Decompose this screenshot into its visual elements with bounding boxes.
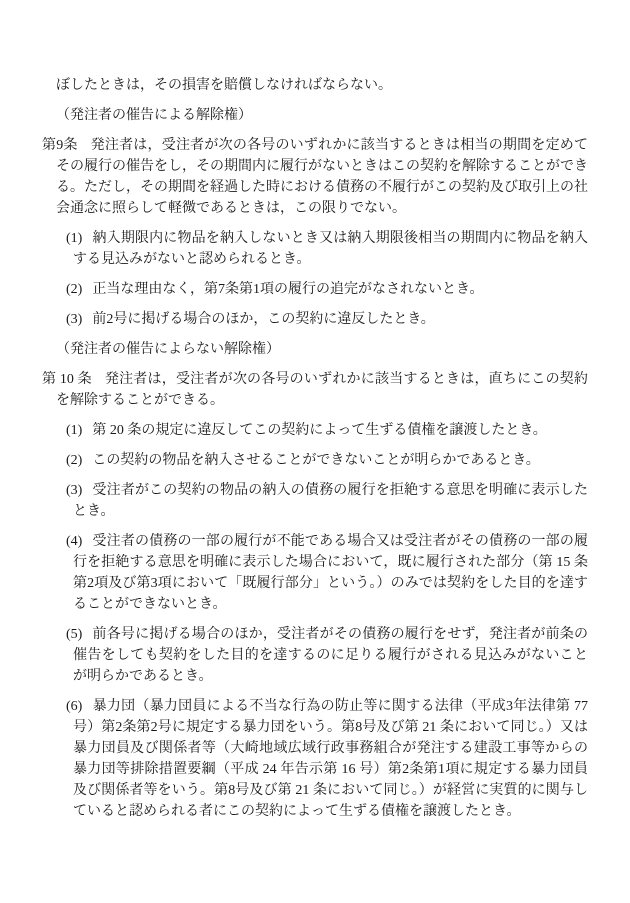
article-9-item-3-text: 前2号に掲げる場合のほか，この契約に違反したとき。 xyxy=(92,312,434,327)
article-10-number: 第 10 条 xyxy=(42,372,92,387)
article-10-item-1-text: 第 20 条の規定に違反してこの契約によって生ずる債権を譲渡したとき。 xyxy=(92,423,546,438)
article-10-item-4: (4)受注者の債務の一部の履行が不能である場合又は受注者がその債務の一部の履行を… xyxy=(42,531,588,615)
article-9-item-2-number: (2) xyxy=(66,282,82,297)
article-10-item-3-text: 受注者がこの契約の物品の納入の債務の履行を拒絶する意思を明確に表示したとき。 xyxy=(73,483,588,519)
paragraph-continuation: ぼしたときは，その損害を賠償しなければならない。 xyxy=(42,75,588,96)
article-10-item-3: (3)受注者がこの契約の物品の納入の債務の履行を拒絶する意思を明確に表示したとき… xyxy=(42,480,588,522)
article-9-item-3: (3)前2号に掲げる場合のほか，この契約に違反したとき。 xyxy=(42,309,588,330)
article-9-text: 発注者は，受注者が次の各号のいずれかに該当するときは相当の期間を定めてその履行の… xyxy=(56,138,588,216)
article-9-item-2: (2)正当な理由なく，第7条第1項の履行の追完がなされないとき。 xyxy=(42,279,588,300)
article-10-item-3-number: (3) xyxy=(66,483,82,498)
article-9-item-3-number: (3) xyxy=(66,312,82,327)
article-10-item-5: (5)前各号に掲げる場合のほか，受注者がその債務の履行をせず，発注者が前条の催告… xyxy=(42,624,588,687)
article-10-item-2: (2)この契約の物品を納入させることができないことが明らかであるとき。 xyxy=(42,450,588,471)
article-9-item-1-number: (1) xyxy=(66,231,82,246)
article-10-item-5-text: 前各号に掲げる場合のほか，受注者がその債務の履行をせず，発注者が前条の催告をして… xyxy=(73,627,588,684)
article-10-item-6: (6)暴力団（暴力団員による不当な行為の防止等に関する法律（平成3年法律第 77… xyxy=(42,696,588,822)
article-10-item-1: (1)第 20 条の規定に違反してこの契約によって生ずる債権を譲渡したとき。 xyxy=(42,420,588,441)
heading-rescission-by-demand-text: （発注者の催告による解除権） xyxy=(56,108,252,123)
article-10-item-2-text: この契約の物品を納入させることができないことが明らかであるとき。 xyxy=(92,453,539,468)
article-9-item-2-text: 正当な理由なく，第7条第1項の履行の追完がなされないとき。 xyxy=(92,282,483,297)
article-10: 第 10 条発注者は，受注者が次の各号のいずれかに該当するときは，直ちにこの契約… xyxy=(42,369,588,411)
article-9-item-1-text: 納入期限内に物品を納入しないとき又は納入期限後相当の期間内に物品を納入する見込み… xyxy=(73,231,588,267)
article-10-item-4-text: 受注者の債務の一部の履行が不能である場合又は受注者がその債務の一部の履行を拒絶す… xyxy=(73,534,588,612)
article-10-item-5-number: (5) xyxy=(66,627,82,642)
contract-document-page: ぼしたときは，その損害を賠償しなければならない。 （発注者の催告による解除権） … xyxy=(0,0,630,903)
article-10-item-2-number: (2) xyxy=(66,453,82,468)
article-9-item-1: (1)納入期限内に物品を納入しないとき又は納入期限後相当の期間内に物品を納入する… xyxy=(42,228,588,270)
article-9-number: 第9条 xyxy=(42,138,78,153)
article-10-text: 発注者は，受注者が次の各号のいずれかに該当するときは，直ちにこの契約を解除するこ… xyxy=(56,372,588,408)
heading-rescission-without-demand-text: （発注者の催告によらない解除権） xyxy=(56,342,280,357)
paragraph-continuation-text: ぼしたときは，その損害を賠償しなければならない。 xyxy=(56,78,392,93)
heading-rescission-without-demand: （発注者の催告によらない解除権） xyxy=(42,339,588,360)
article-10-item-6-text: 暴力団（暴力団員による不当な行為の防止等に関する法律（平成3年法律第 77 号）… xyxy=(73,699,588,819)
article-9: 第9条発注者は，受注者が次の各号のいずれかに該当するときは相当の期間を定めてその… xyxy=(42,135,588,219)
article-10-item-1-number: (1) xyxy=(66,423,82,438)
article-10-item-6-number: (6) xyxy=(66,699,82,714)
heading-rescission-by-demand: （発注者の催告による解除権） xyxy=(42,105,588,126)
article-10-item-4-number: (4) xyxy=(66,534,82,549)
